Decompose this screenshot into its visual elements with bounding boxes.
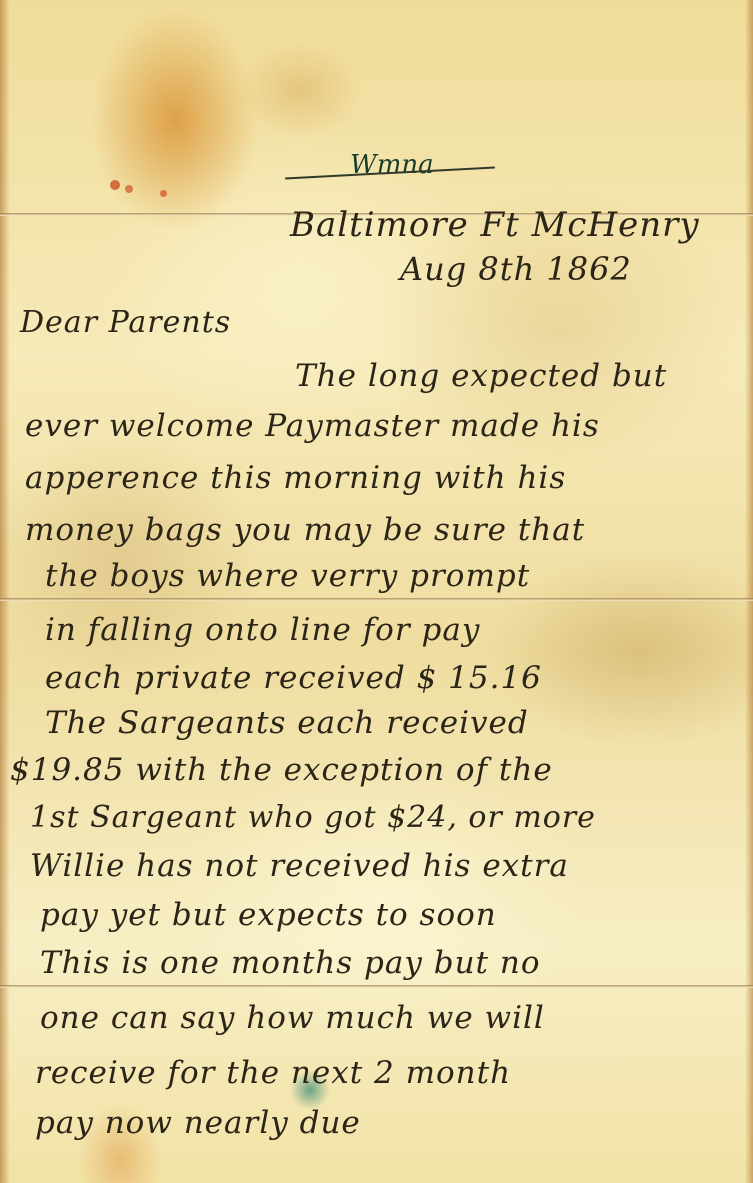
body-line: apperence this morning with his [25, 460, 566, 496]
rust-spot [110, 180, 120, 190]
body-line: 1st Sargeant who got $24, or more [30, 800, 596, 835]
body-line: pay yet but expects to soon [40, 897, 497, 933]
body-line: pay now nearly due [35, 1105, 361, 1141]
rust-spot [125, 185, 133, 193]
body-line: receive for the next 2 month [35, 1055, 511, 1091]
body-line: Willie has not received his extra [30, 848, 569, 884]
letter-place: Baltimore Ft McHenry [290, 205, 700, 245]
fold-crease [0, 985, 753, 988]
body-line: The Sargeants each received [45, 705, 529, 741]
paper-edge-right [745, 0, 753, 1183]
body-line: the boys where verry prompt [45, 558, 530, 594]
body-line: in falling onto line for pay [45, 612, 480, 648]
letter-date: Aug 8th 1862 [400, 250, 632, 288]
salutation: Dear Parents [20, 305, 231, 340]
paper-edge-left [0, 0, 10, 1183]
body-line: each private received $ 15.16 [45, 660, 542, 696]
body-line: one can say how much we will [40, 1000, 545, 1036]
crossed-annotation: Wmna [350, 150, 434, 180]
rust-spot [160, 190, 167, 197]
body-line: money bags you may be sure that [25, 512, 585, 548]
body-line: $19.85 with the exception of the [10, 752, 553, 788]
body-line: This is one months pay but no [40, 945, 540, 981]
body-line: The long expected but [295, 358, 667, 394]
letter-page: Wmna Baltimore Ft McHenry Aug 8th 1862 D… [0, 0, 753, 1183]
fold-crease [0, 598, 753, 601]
body-line: ever welcome Paymaster made his [25, 408, 600, 444]
